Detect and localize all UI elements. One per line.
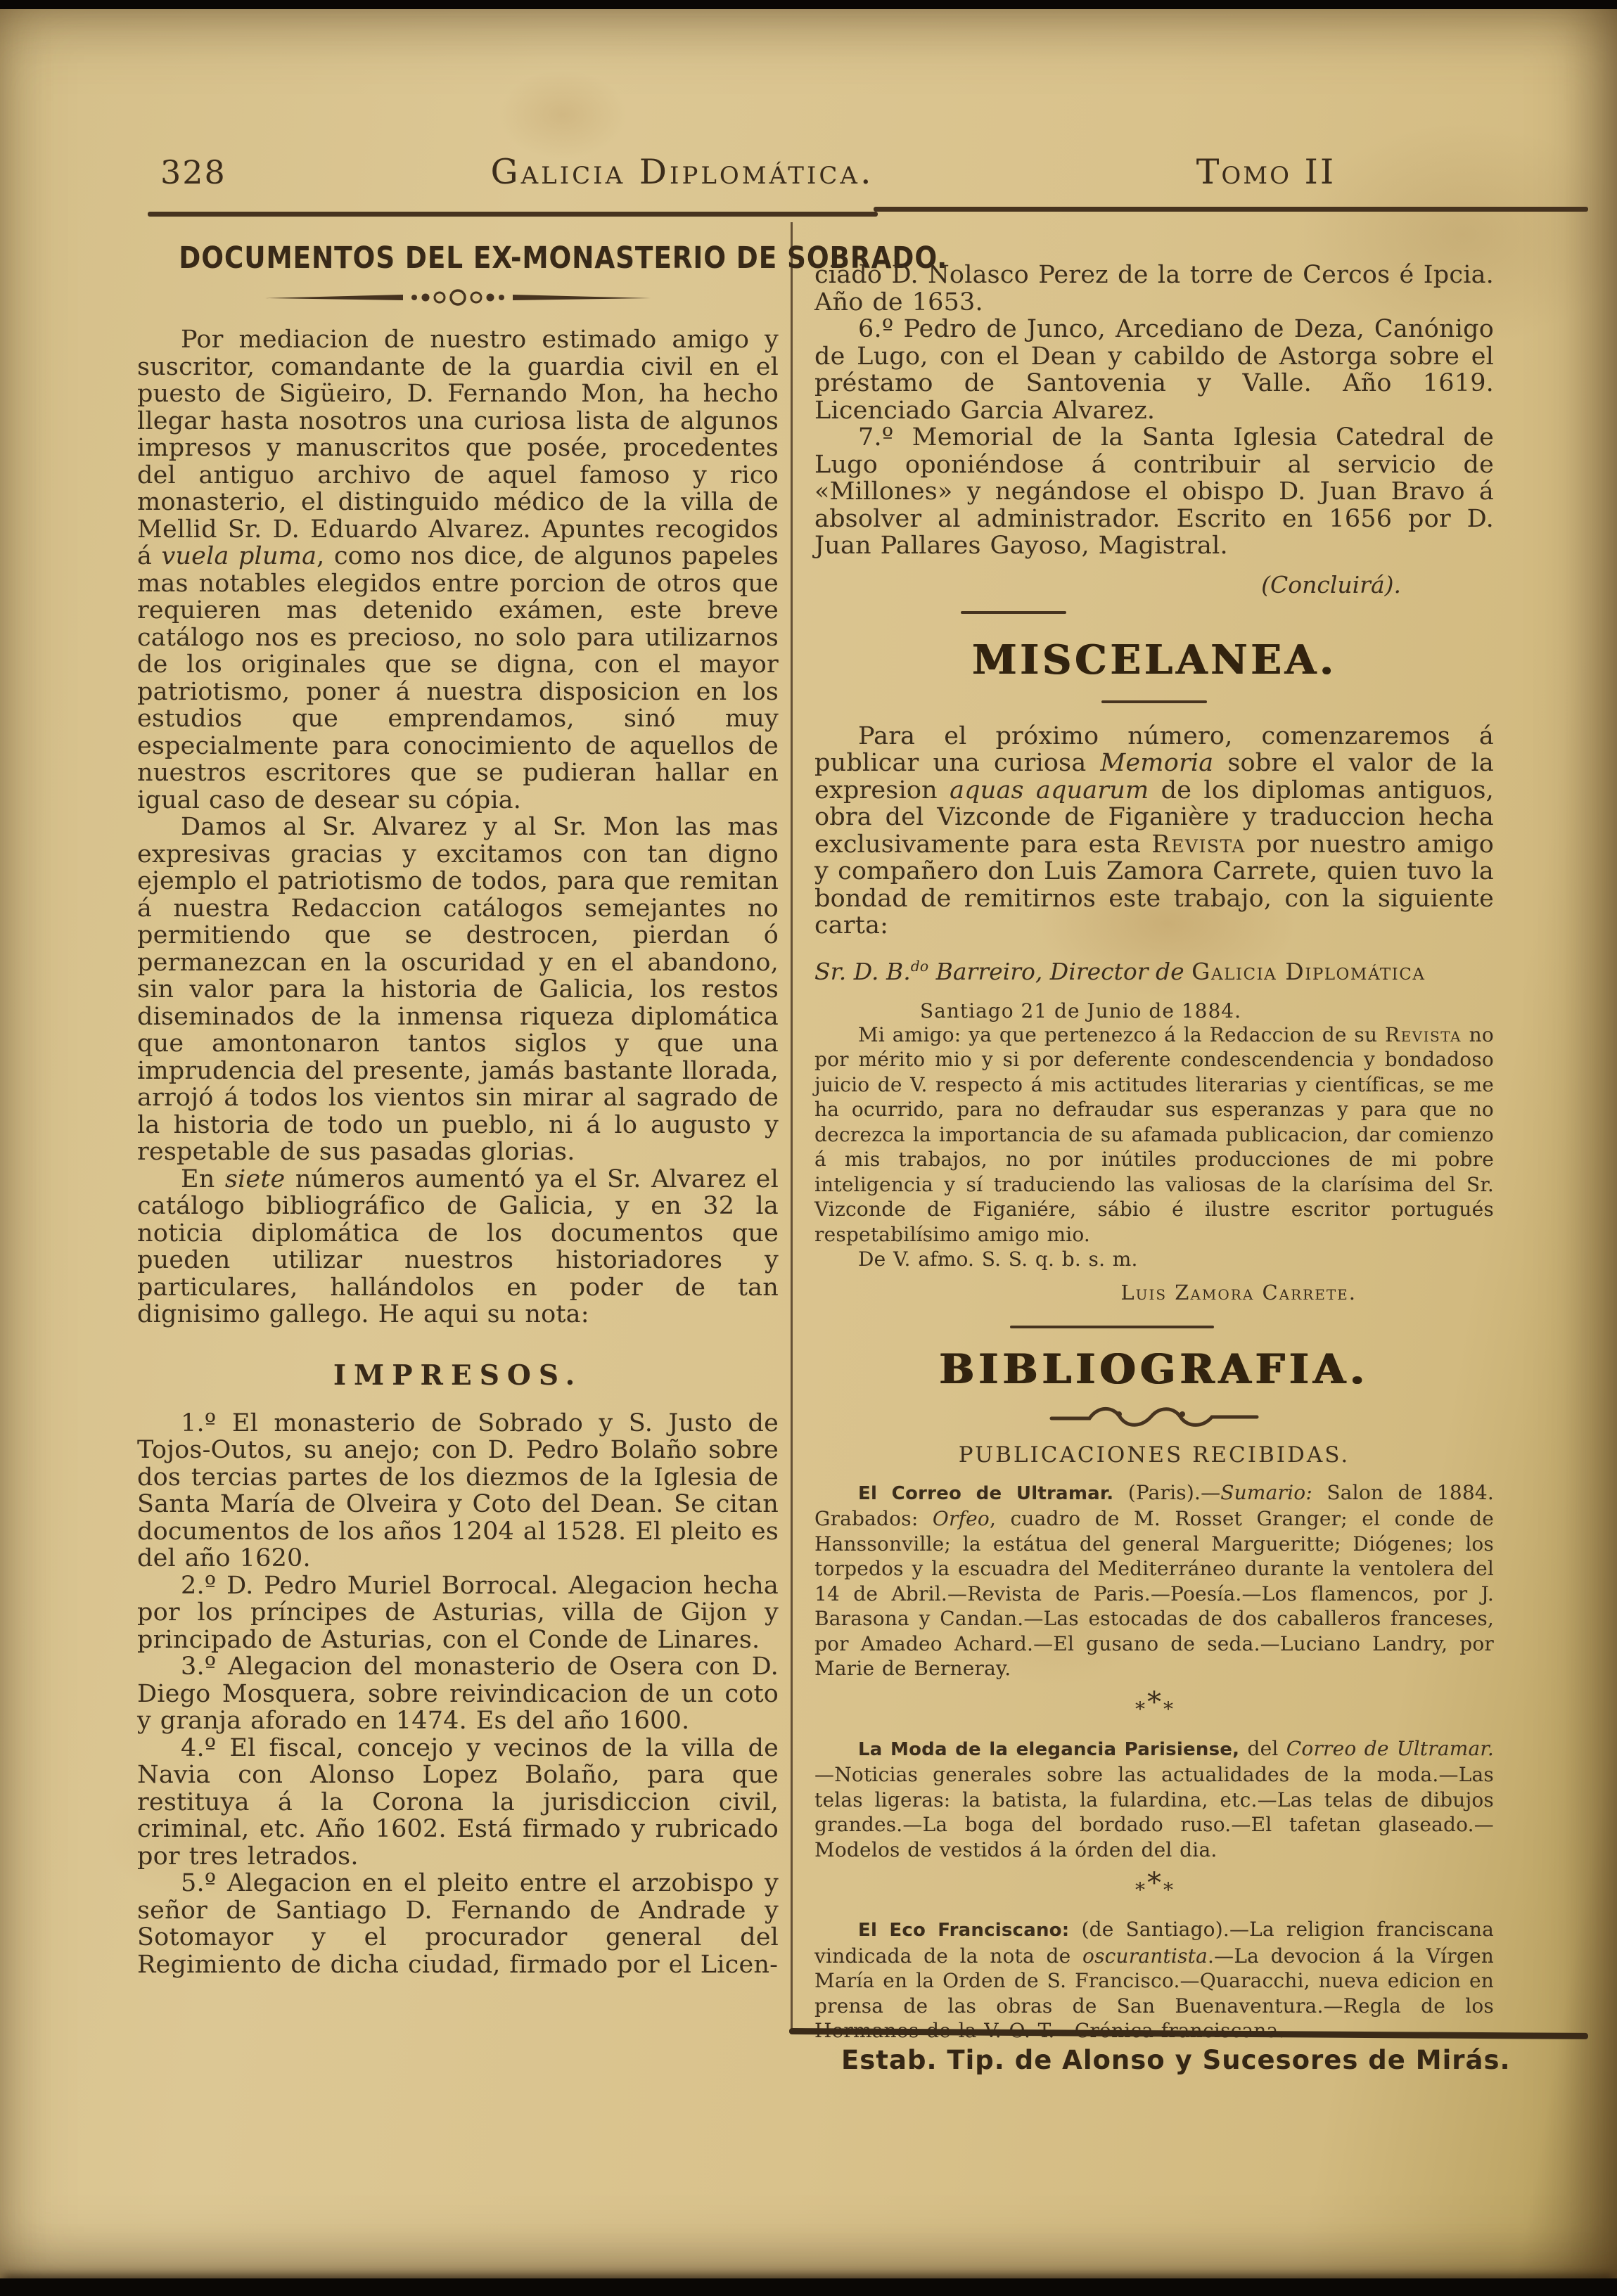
paragraph: Para el próximo número, comenzaremos á p… [814,723,1494,939]
column-divider-rule [791,222,793,2032]
letter-valediction: De V. afmo. S. S. q. b. s. m. [814,1247,1494,1272]
volume-label: Tomo II [1146,152,1386,192]
list-item: 2.º D. Pedro Muriel Borrocal. Alegacion … [137,1572,779,1654]
bibliografia-heading: BIBLIOGRAFIA. [814,1345,1494,1393]
scanned-journal-page: 328 Galicia Diplomática. Tomo II DOCUMEN… [0,0,1617,2296]
letter-date: Santiago 21 de Junio de 1884. [920,999,1494,1022]
section-rule [961,611,1066,614]
miscelanea-heading: MISCELANEA. [814,636,1494,684]
header-rule-right [874,207,1588,212]
article-title: DOCUMENTOS DEL EX-MONASTERIO DE SOBRADO. [179,240,736,276]
publication-entry: El Correo de Ultramar. (Paris).—Sumario:… [814,1480,1494,1681]
publication-entry: El Eco Franciscano: (de Santiago).—La re… [814,1917,1494,2044]
right-column: ciado D. Nolasco Perez de la torre de Ce… [814,262,1494,2044]
continuation-paragraph: ciado D. Nolasco Perez de la torre de Ce… [814,262,1494,316]
paragraph: Por mediacion de nuestro estimado amigo … [137,326,779,814]
title-ornament-icon [137,287,779,308]
section-rule [1010,1326,1214,1328]
list-item: 7.º Memorial de la Santa Iglesia Catedra… [814,424,1494,560]
list-item: 1.º El monasterio de Sobrado y S. Justo … [137,1410,779,1572]
concluira-note: (Concluirá). [814,571,1494,598]
letter-heading: Sr. D. B.do Barreiro, Director de Galici… [814,958,1494,985]
impresos-heading: IMPRESOS. [137,1359,779,1392]
list-item: 5.º Alegacion en el pleito entre el arzo… [137,1870,779,1978]
letter-signature: Luis Zamora Carrete. [814,1281,1494,1304]
header-rule-left [148,212,878,217]
paragraph: Damos al Sr. Alvarez y al Sr. Mon las ma… [137,814,779,1166]
paragraph: En siete números aumentó ya el Sr. Alvar… [137,1166,779,1328]
publicaciones-heading: PUBLICACIONES RECIBIDAS. [814,1442,1494,1468]
letter-body: Mi amigo: ya que pertenezco á la Redacci… [814,1022,1494,1248]
section-rule [1101,700,1207,703]
asterism-ornament: *** [814,1687,1494,1724]
list-item: 3.º Alegacion del monasterio de Osera co… [137,1653,779,1735]
photo-edge-top [0,0,1617,9]
page-number: 328 [160,153,226,191]
asterism-ornament: *** [814,1868,1494,1904]
list-item: 6.º Pedro de Junco, Arcediano de Deza, C… [814,316,1494,424]
left-column: DOCUMENTOS DEL EX-MONASTERIO DE SOBRADO.… [137,240,779,1978]
list-item: 4.º El fiscal, concejo y vecinos de la v… [137,1735,779,1871]
imprint: Estab. Tip. de Alonso y Sucesores de Mir… [841,2045,1545,2075]
publication-entry: La Moda de la elegancia Parisiense, del … [814,1736,1494,1863]
journal-title: Galicia Diplomática. [436,152,928,192]
photo-edge-bottom [0,2278,1617,2296]
bibliografia-ornament-icon [814,1404,1494,1428]
